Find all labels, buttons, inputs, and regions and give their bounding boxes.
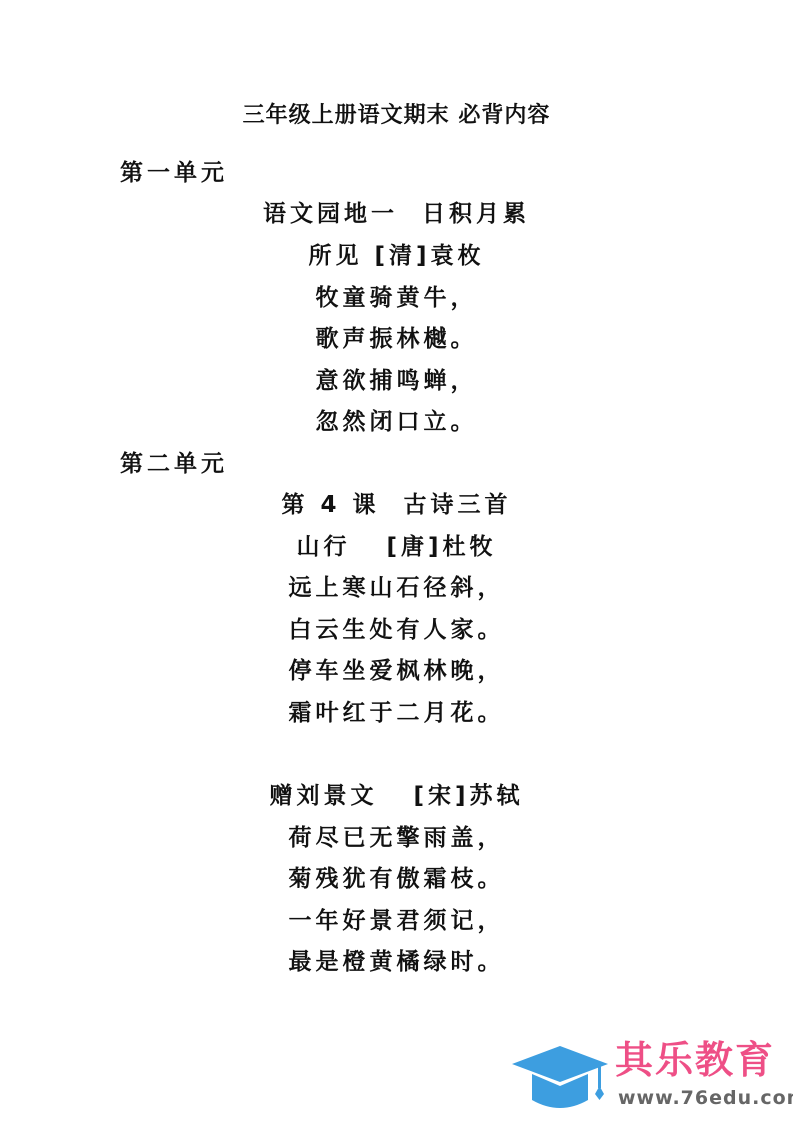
poem-line: 停车坐爱枫林晚， bbox=[0, 656, 793, 686]
poem-line: 霜叶红于二月花。 bbox=[0, 698, 793, 728]
poem-line: 最是橙黄橘绿时。 bbox=[0, 947, 793, 977]
watermark-url: www.76edu.com bbox=[618, 1086, 793, 1110]
unit-heading-2: 第二单元 bbox=[120, 449, 228, 479]
poem-header: 所见 [清]袁枚 bbox=[0, 241, 793, 271]
unit-heading-1: 第一单元 bbox=[120, 158, 228, 188]
section-title: 语文园地一 日积月累 bbox=[0, 199, 793, 229]
poem-line: 牧童骑黄牛， bbox=[0, 283, 793, 313]
poem-line: 菊残犹有傲霜枝。 bbox=[0, 864, 793, 894]
poem-line: 荷尽已无擎雨盖， bbox=[0, 823, 793, 853]
poem-line: 白云生处有人家。 bbox=[0, 615, 793, 645]
poem-line: 一年好景君须记， bbox=[0, 906, 793, 936]
watermark-brand-name: 其乐教育 bbox=[615, 1038, 775, 1082]
poem-header: 赠刘景文 [宋]苏轼 bbox=[0, 781, 793, 811]
poem-line: 意欲捕鸣蝉， bbox=[0, 366, 793, 396]
watermark-logo: 其乐教育 www.76edu.com bbox=[510, 1036, 790, 1116]
document-title: 三年级上册语文期末 必背内容 bbox=[0, 101, 793, 131]
poem-header: 山行 [唐]杜牧 bbox=[0, 532, 793, 562]
graduation-cap-icon bbox=[510, 1042, 610, 1112]
section-title: 第 4 课 古诗三首 bbox=[0, 490, 793, 520]
poem-line: 忽然闭口立。 bbox=[0, 407, 793, 437]
poem-line: 歌声振林樾。 bbox=[0, 324, 793, 354]
poem-line: 远上寒山石径斜， bbox=[0, 573, 793, 603]
